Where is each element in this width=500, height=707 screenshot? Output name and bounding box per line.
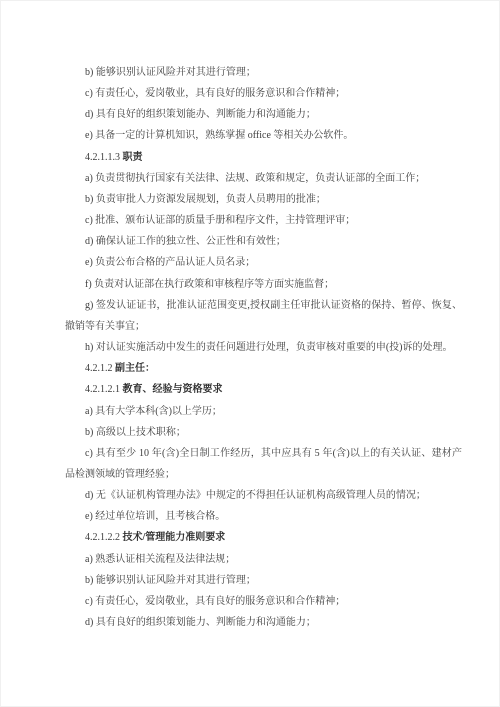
list-item: e) 经过单位培训，且考核合格。 bbox=[65, 506, 462, 527]
document-body: b) 能够识别认证风险并对其进行管理；c) 有责任心，爱岗敬业，具有良好的服务意… bbox=[65, 62, 462, 633]
section-number: 4.2.1.2.2 bbox=[85, 532, 120, 543]
section-number: 4.2.1.2.1 bbox=[85, 384, 120, 395]
section-heading: 4.2.1.1.3 职责 bbox=[65, 147, 462, 168]
list-item: h) 对认证实施活动中发生的责任问题进行处理，负责审核对重要的申(投)诉的处理。 bbox=[65, 337, 462, 358]
list-item: a) 具有大学本科(含)以上学历； bbox=[65, 401, 462, 422]
section-heading: 4.2.1.2.1 教育、经验与资格要求 bbox=[65, 379, 462, 400]
section-number: 4.2.1.2 bbox=[85, 363, 113, 374]
list-item: d) 具有良好的组织策划能办、判断能力和沟通能力； bbox=[65, 104, 462, 125]
list-item: e) 具备一定的计算机知识，熟练掌握 office 等相关办公软件。 bbox=[65, 125, 462, 146]
section-title: 职责 bbox=[123, 152, 143, 163]
list-item: d) 确保认证工作的独立性、公正性和有效性； bbox=[65, 231, 462, 252]
section-title: 技术/管理能力准则要求 bbox=[123, 532, 226, 543]
list-item: c) 具有至少 10 年(含)全日制工作经历，其中应具有 5 年(含)以上的有关… bbox=[65, 443, 462, 485]
list-item: c) 有责任心，爱岗敬业，具有良好的服务意识和合作精神； bbox=[65, 591, 462, 612]
section-title: 副主任： bbox=[115, 363, 155, 374]
list-item: e) 负责公布合格的产品认证人员名录； bbox=[65, 252, 462, 273]
list-item: b) 高级以上技术职称； bbox=[65, 422, 462, 443]
list-item: f) 负责对认证部在执行政策和审核程序等方面实施监督； bbox=[65, 274, 462, 295]
list-item: c) 有责任心，爱岗敬业，具有良好的服务意识和合作精神； bbox=[65, 83, 462, 104]
section-number: 4.2.1.1.3 bbox=[85, 152, 120, 163]
list-item: c) 批准、颁布认证部的质量手册和程序文件，主持管理评审； bbox=[65, 210, 462, 231]
list-item: g) 签发认证证书，批准认证范围变更,授权副主任审批认证资格的保持、暂停、恢复、… bbox=[65, 295, 462, 337]
section-title: 教育、经验与资格要求 bbox=[123, 384, 223, 395]
list-item: a) 负责贯彻执行国家有关法律、法规、政策和规定，负责认证部的全面工作； bbox=[65, 168, 462, 189]
list-item: b) 能够识别认证风险并对其进行管理； bbox=[65, 62, 462, 83]
section-heading: 4.2.1.2.2 技术/管理能力准则要求 bbox=[65, 527, 462, 548]
list-item: d) 具有良好的组织策划能力、判断能力和沟通能力； bbox=[65, 612, 462, 633]
section-heading: 4.2.1.2 副主任： bbox=[65, 358, 462, 379]
list-item: b) 负责审批人力资源发展规划，负责人员聘用的批准； bbox=[65, 189, 462, 210]
list-item: b) 能够识别认证风险并对其进行管理； bbox=[65, 570, 462, 591]
list-item: a) 熟悉认证相关流程及法律法规； bbox=[65, 549, 462, 570]
list-item: d) 无《认证机构管理办法》中规定的不得担任认证机构高级管理人员的情况； bbox=[65, 485, 462, 506]
document-page: b) 能够识别认证风险并对其进行管理；c) 有责任心，爱岗敬业，具有良好的服务意… bbox=[0, 0, 500, 707]
